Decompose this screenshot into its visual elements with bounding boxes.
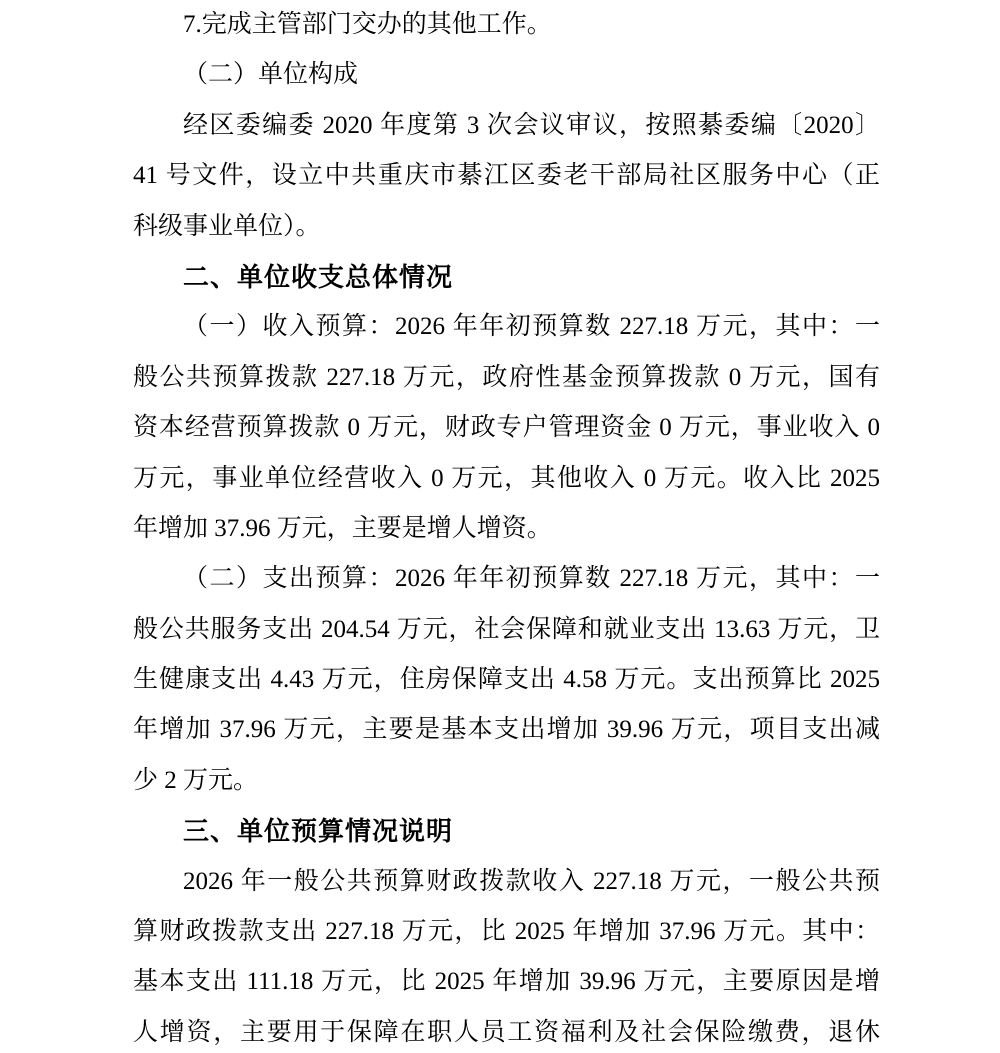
text-line: 经区委编委 2020 年度第 3 次会议审议，按照綦委编〔2020〕 xyxy=(133,101,880,151)
paragraph: （一）收入预算：2026 年年初预算数 227.18 万元，其中：一般公共预算拨… xyxy=(133,302,880,554)
paragraph: （二）单位构成 xyxy=(133,50,880,100)
text-line: 基本支出 111.18 万元，比 2025 年增加 39.96 万元，主要原因是… xyxy=(133,957,880,1007)
section-heading: 三、单位预算情况说明 xyxy=(133,806,880,856)
text-line: 年增加 37.96 万元，主要是增人增资。 xyxy=(133,504,880,554)
text-line: 2026 年一般公共预算财政拨款收入 227.18 万元，一般公共预 xyxy=(133,857,880,907)
paragraph: 2026 年一般公共预算财政拨款收入 227.18 万元，一般公共预算财政拨款支… xyxy=(133,857,880,1053)
paragraph: 经区委编委 2020 年度第 3 次会议审议，按照綦委编〔2020〕41 号文件… xyxy=(133,101,880,252)
text-line: 资本经营预算拨款 0 万元，财政专户管理资金 0 万元，事业收入 0 xyxy=(133,403,880,453)
text-line: 算财政拨款支出 227.18 万元，比 2025 年增加 37.96 万元。其中… xyxy=(133,907,880,957)
section-heading: 二、单位收支总体情况 xyxy=(133,252,880,302)
text-line: 三、单位预算情况说明 xyxy=(133,806,880,856)
document-page: 7.完成主管部门交办的其他工作。（二）单位构成经区委编委 2020 年度第 3 … xyxy=(0,0,1000,1053)
paragraph: （二）支出预算：2026 年年初预算数 227.18 万元，其中：一般公共服务支… xyxy=(133,554,880,806)
text-line: 7.完成主管部门交办的其他工作。 xyxy=(133,0,880,50)
text-line: 人增资，主要用于保障在职人员工资福利及社会保险缴费，退休 xyxy=(133,1008,880,1053)
text-line: 般公共服务支出 204.54 万元，社会保障和就业支出 13.63 万元，卫 xyxy=(133,605,880,655)
paragraph: 7.完成主管部门交办的其他工作。 xyxy=(133,0,880,50)
text-line: 万元，事业单位经营收入 0 万元，其他收入 0 万元。收入比 2025 xyxy=(133,454,880,504)
text-line: 少 2 万元。 xyxy=(133,756,880,806)
text-line: （二）单位构成 xyxy=(133,50,880,100)
text-line: 二、单位收支总体情况 xyxy=(133,252,880,302)
document-body: 7.完成主管部门交办的其他工作。（二）单位构成经区委编委 2020 年度第 3 … xyxy=(133,0,880,1053)
text-line: （二）支出预算：2026 年年初预算数 227.18 万元，其中：一 xyxy=(133,554,880,604)
text-line: 生健康支出 4.43 万元，住房保障支出 4.58 万元。支出预算比 2025 xyxy=(133,655,880,705)
text-line: （一）收入预算：2026 年年初预算数 227.18 万元，其中：一 xyxy=(133,302,880,352)
text-line: 般公共预算拨款 227.18 万元，政府性基金预算拨款 0 万元，国有 xyxy=(133,353,880,403)
text-line: 41 号文件，设立中共重庆市綦江区委老干部局社区服务中心（正 xyxy=(133,151,880,201)
text-line: 年增加 37.96 万元，主要是基本支出增加 39.96 万元，项目支出减 xyxy=(133,705,880,755)
text-line: 科级事业单位）。 xyxy=(133,202,880,252)
